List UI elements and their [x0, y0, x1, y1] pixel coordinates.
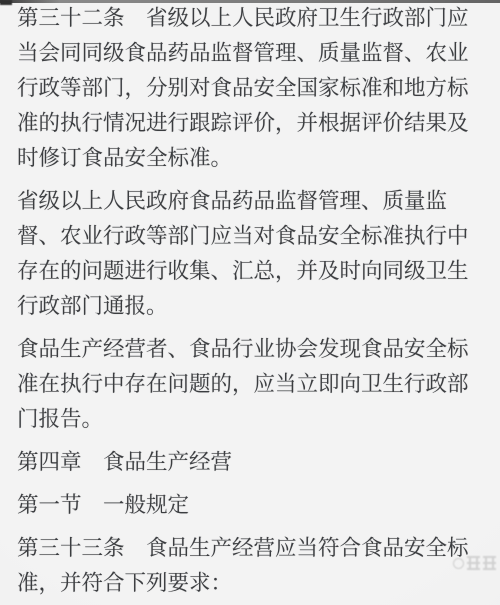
- section-1-heading: 第一节 一般规定: [17, 488, 486, 523]
- article-33-paragraph: 第三十三条 食品生产经营应当符合食品安全标 准，并符合下列要求：: [17, 531, 486, 601]
- watermark-glyph: [467, 556, 480, 570]
- article-32-paragraph-1: 第三十二条 省级以上人民政府卫生行政部门应 当会同同级食品药品监督管理、质量监督…: [17, 1, 486, 176]
- chapter-4-heading: 第四章 食品生产经营: [17, 445, 486, 480]
- watermark: [453, 556, 496, 570]
- article-32-paragraph-3: 食品生产经营者、食品行业协会发现食品安全标 准在执行中存在问题的，应当立即向卫生…: [17, 332, 486, 437]
- article-32-paragraph-2: 省级以上人民政府食品药品监督管理、质量监 督、农业行政等部门应当对食品安全标准执…: [17, 184, 486, 324]
- legal-document-body: 第三十二条 省级以上人民政府卫生行政部门应 当会同同级食品药品监督管理、质量监督…: [0, 0, 500, 601]
- watermark-glyph: [483, 556, 496, 570]
- watermark-logo-icon: [453, 558, 464, 569]
